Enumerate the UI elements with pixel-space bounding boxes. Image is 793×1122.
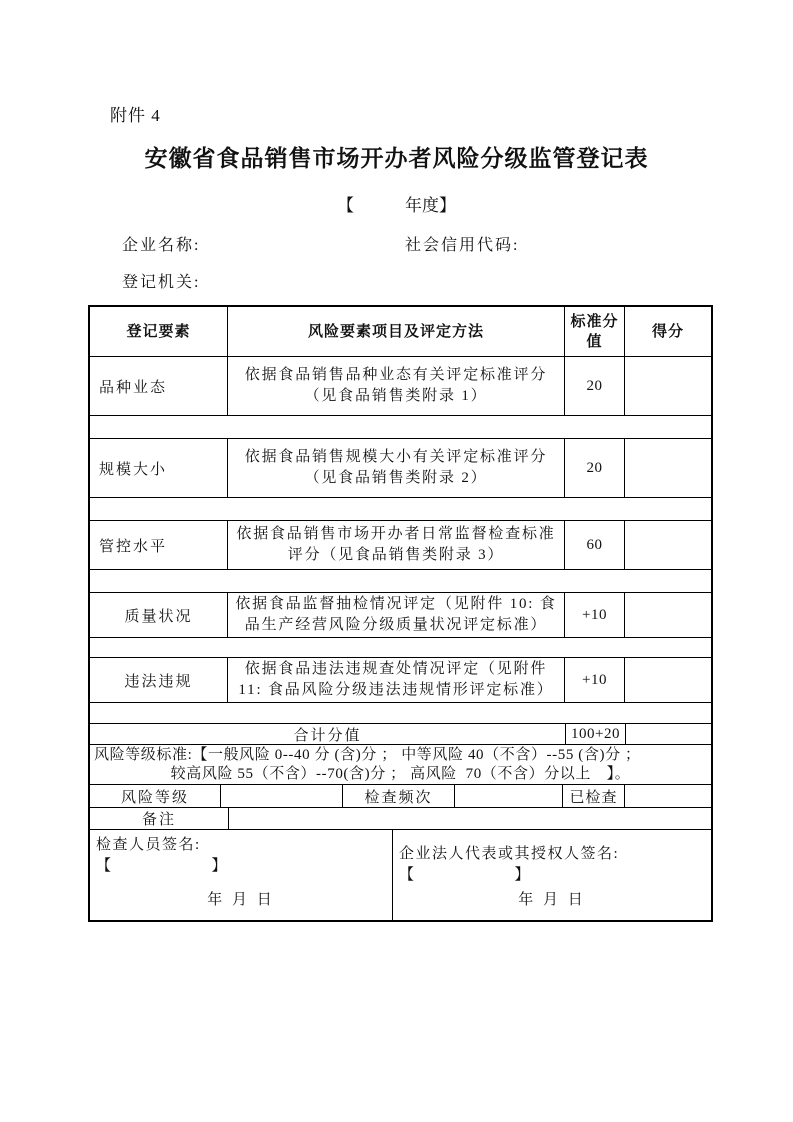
legal-representative-bracket: 【 】 — [399, 863, 705, 884]
legal-representative-signature-cell: 企业法人代表或其授权人签名: 【 】 年 月 日 — [393, 830, 711, 920]
risk-standard-row: 风险等级标准:【一般风险 0--40 分 (含)分 ； 中等风险 40（不含）-… — [90, 745, 711, 785]
score-blank-cell — [625, 521, 711, 569]
signature-row: 检查人员签名: 【 】 年 月 日 企业法人代表或其授权人签名: 【 】 年 月… — [90, 830, 711, 920]
standard-score-value: 60 — [565, 521, 625, 569]
risk-standard-cell: 风险等级标准:【一般风险 0--40 分 (含)分 ； 中等风险 40（不含）-… — [90, 745, 711, 784]
checked-blank-cell — [625, 785, 711, 807]
standard-score-value: +10 — [565, 593, 625, 637]
spacer-row — [90, 570, 711, 593]
element-label: 管控水平 — [90, 521, 228, 569]
header-risk-method: 风险要素项目及评定方法 — [228, 307, 565, 356]
total-score-blank-cell — [626, 724, 711, 744]
spacer-row — [90, 498, 711, 521]
table-row: 管控水平 依据食品销售市场开办者日常监督检查标准评分（见食品销售类附录 3） 6… — [90, 521, 711, 570]
score-blank-cell — [625, 439, 711, 497]
inspector-signature-date: 年 月 日 — [96, 888, 386, 917]
total-standard-score: 100+20 — [566, 724, 626, 744]
table-row: 质量状况 依据食品监督抽检情况评定（见附件 10: 食品生产经营风险分级质量状况… — [90, 593, 711, 638]
total-row: 合计分值 100+20 — [90, 724, 711, 745]
remark-blank-cell — [229, 808, 711, 829]
legal-representative-label: 企业法人代表或其授权人签名: — [399, 842, 705, 863]
table-header-row: 登记要素 风险要素项目及评定方法 标准分值 得分 — [90, 307, 711, 357]
method-text: 依据食品违法违规查处情况评定（见附件 11: 食品风险分级违法违规情形评定标准） — [228, 658, 565, 702]
score-blank-cell — [625, 593, 711, 637]
inspector-signature-label: 检查人员签名: — [96, 833, 386, 854]
check-frequency-label: 检查频次 — [343, 785, 455, 807]
inspector-signature-cell: 检查人员签名: 【 】 年 月 日 — [90, 830, 393, 920]
standard-score-value: +10 — [565, 658, 625, 702]
method-text: 依据食品销售品种业态有关评定标准评分（见食品销售类附录 1） — [228, 357, 565, 415]
method-text: 依据食品销售市场开办者日常监督检查标准评分（见食品销售类附录 3） — [228, 521, 565, 569]
total-label: 合计分值 — [90, 724, 566, 744]
legal-representative-date: 年 月 日 — [399, 888, 705, 917]
table-row: 违法违规 依据食品违法违规查处情况评定（见附件 11: 食品风险分级违法违规情形… — [90, 658, 711, 703]
element-label: 品种业态 — [90, 357, 228, 415]
page-title: 安徽省食品销售市场开办者风险分级监管登记表 — [0, 140, 793, 173]
table-row: 品种业态 依据食品销售品种业态有关评定标准评分（见食品销售类附录 1） 20 — [90, 357, 711, 416]
element-label: 违法违规 — [90, 658, 228, 702]
check-frequency-blank-cell — [455, 785, 563, 807]
attachment-label: 附件 4 — [110, 101, 161, 126]
risk-standard-line2: 较高风险 55（不含）--70(含)分 ； 高风险 70（不含）分以上 】。 — [94, 765, 707, 784]
element-label: 规模大小 — [90, 439, 228, 497]
registration-table: 登记要素 风险要素项目及评定方法 标准分值 得分 品种业态 依据食品销售品种业态… — [88, 305, 713, 922]
standard-score-value: 20 — [565, 439, 625, 497]
document-page: 附件 4 安徽省食品销售市场开办者风险分级监管登记表 【 年度】 企业名称: 社… — [0, 0, 793, 1122]
risk-level-row: 风险等级 检查频次 已检查 — [90, 785, 711, 808]
year-line: 【 年度】 — [0, 191, 793, 216]
table-row: 规模大小 依据食品销售规模大小有关评定标准评分（见食品销售类附录 2） 20 — [90, 439, 711, 498]
company-name-label: 企业名称: — [122, 232, 200, 255]
risk-standard-line1: 风险等级标准:【一般风险 0--40 分 (含)分 ； 中等风险 40（不含）-… — [94, 746, 707, 765]
risk-level-label: 风险等级 — [90, 785, 221, 807]
header-score: 得分 — [625, 307, 711, 356]
credit-code-label: 社会信用代码: — [405, 232, 519, 255]
score-blank-cell — [625, 357, 711, 415]
method-text: 依据食品监督抽检情况评定（见附件 10: 食品生产经营风险分级质量状况评定标准） — [228, 593, 565, 637]
remark-row: 备注 — [90, 808, 711, 830]
spacer-row — [90, 416, 711, 439]
remark-label: 备注 — [90, 808, 229, 829]
standard-score-value: 20 — [565, 357, 625, 415]
method-text: 依据食品销售规模大小有关评定标准评分（见食品销售类附录 2） — [228, 439, 565, 497]
spacer-row — [90, 638, 711, 658]
header-standard-score: 标准分值 — [565, 307, 625, 356]
registration-authority-label: 登记机关: — [122, 269, 200, 292]
inspector-signature-bracket: 【 】 — [96, 854, 386, 875]
header-registration-element: 登记要素 — [90, 307, 228, 356]
score-blank-cell — [625, 658, 711, 702]
spacer-row — [90, 703, 711, 724]
risk-level-blank-cell — [221, 785, 343, 807]
element-label: 质量状况 — [90, 593, 228, 637]
checked-label: 已检查 — [563, 785, 625, 807]
